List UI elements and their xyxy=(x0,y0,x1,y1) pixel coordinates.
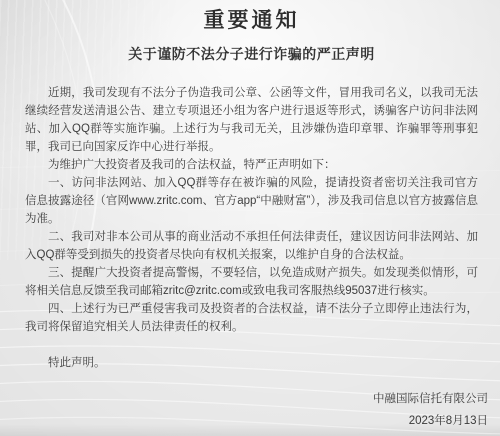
notice-title: 重要通知 xyxy=(25,9,478,32)
notice-closing: 特此声明。 xyxy=(25,354,478,372)
signature-company: 中融国际信托有限公司 xyxy=(373,388,488,410)
notice-paragraph-intro: 近期，我司发现有不法分子伪造我司公章、公函等文件，冒用我司名义，以我司无法继续经… xyxy=(25,84,478,156)
notice-content: 重要通知 关于谨防不法分子进行诈骗的严正声明 近期，我司发现有不法分子伪造我司公… xyxy=(0,0,500,436)
notice-subtitle: 关于谨防不法分子进行诈骗的严正声明 xyxy=(25,46,478,63)
notice-page: 重要通知 关于谨防不法分子进行诈骗的严正声明 近期，我司发现有不法分子伪造我司公… xyxy=(0,0,500,436)
signature-block: 中融国际信托有限公司 2023年8月13日 xyxy=(373,388,488,432)
notice-paragraph-purpose: 为维护广大投资者及我司的合法权益，特严正声明如下： xyxy=(25,156,478,174)
notice-item-2: 二、我司对非本公司从事的商业活动不承担任何法律责任，建议因访问非法网站、加入QQ… xyxy=(25,228,478,264)
notice-item-3: 三、提醒广大投资者提高警惕，不要轻信，以免造成财产损失。如发现类似情形，可将相关… xyxy=(25,264,478,300)
signature-date: 2023年8月13日 xyxy=(373,410,488,432)
notice-item-1: 一、访问非法网站、加入QQ群等存在被诈骗的风险，提请投资者密切关注我司官方信息披… xyxy=(25,174,478,228)
notice-item-4: 四、上述行为已严重侵害我司及投资者的合法权益，请不法分子立即停止违法行为，我司将… xyxy=(25,300,478,336)
